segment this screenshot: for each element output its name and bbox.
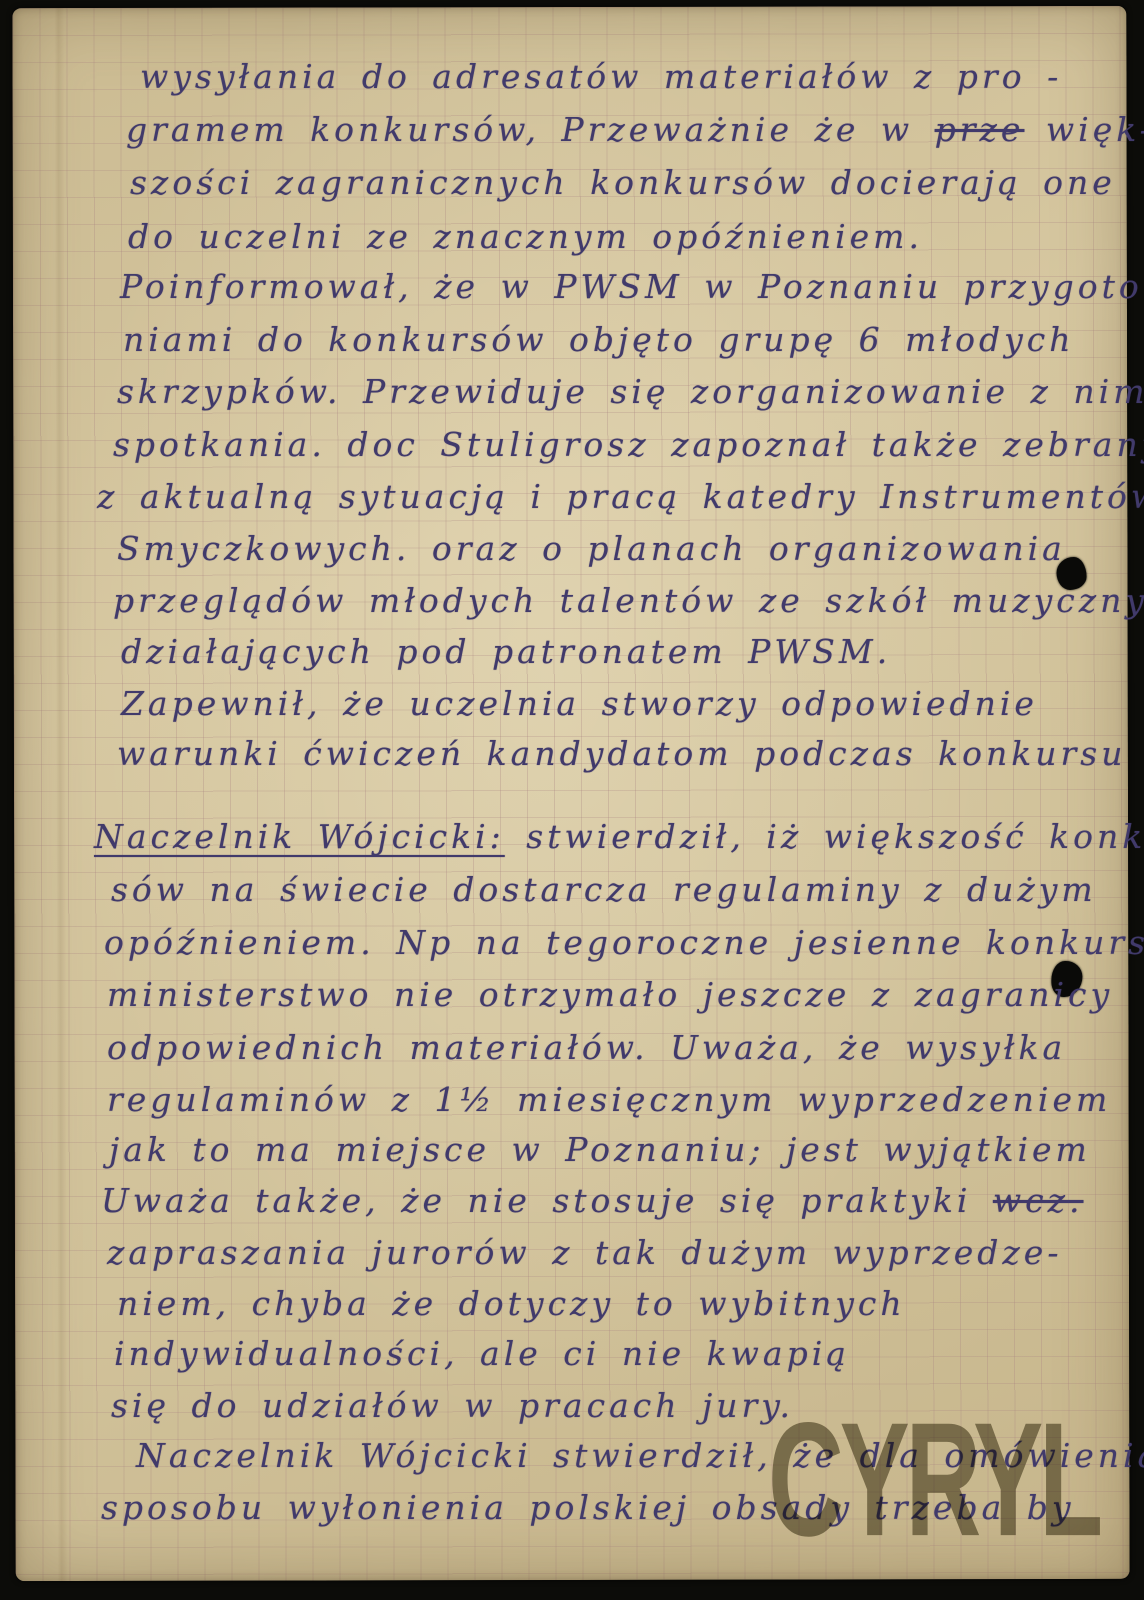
scan-background: wysyłania do adresatów materiałów z pro … bbox=[0, 0, 1144, 1600]
ink-blot-upper bbox=[1057, 557, 1087, 590]
cyryl-watermark: CYRYL bbox=[768, 1398, 1099, 1560]
ink-blot-lower bbox=[1051, 961, 1082, 997]
paper bbox=[12, 6, 1129, 1581]
